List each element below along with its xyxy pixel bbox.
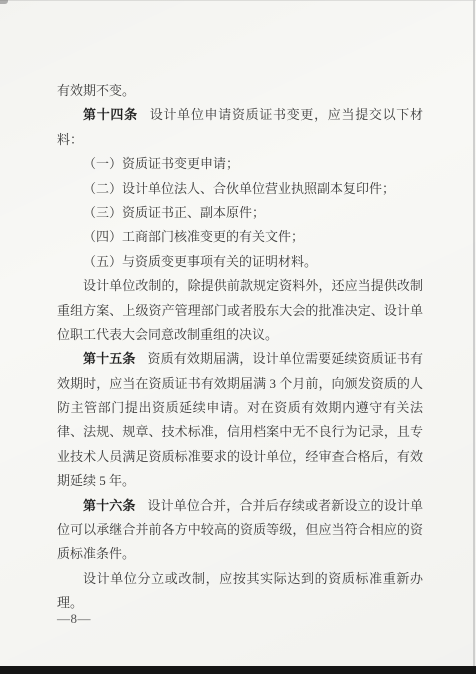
article-number: 第十四条 — [83, 107, 138, 122]
text-line: 第十五条资质有效期届满，设计单位需要延续资质证书有 — [57, 347, 423, 371]
text-line: 第十六条设计单位合并，合并后存续或者新设立的设计单 — [57, 494, 423, 518]
text-line: （四）工商部门核准变更的有关文件； — [57, 225, 423, 249]
line-text: 质标准条件。 — [57, 546, 135, 561]
line-text: 料： — [57, 132, 83, 147]
text-line: （一）资质证书变更申请； — [57, 152, 423, 176]
line-text: 期延续 5 年。 — [57, 473, 135, 488]
line-text: 理。 — [57, 595, 83, 610]
text-line: 有效期不变。 — [57, 79, 423, 103]
line-text: 律、法规、规章、技术标准，信用档案中无不良行为记录，且专 — [57, 424, 423, 439]
line-text: 设计单位分立或改制，应按其实际达到的资质标准重新办 — [83, 571, 423, 586]
text-line: 防主管部门提出资质延续申请。对在资质有效期内遵守有关法 — [57, 396, 423, 420]
text-line: 质标准条件。 — [57, 542, 423, 566]
line-text: （二）设计单位法人、合伙单位营业执照副本复印件； — [83, 181, 395, 196]
line-text: 位职工代表大会同意改制重组的决议。 — [57, 327, 278, 342]
text-line: 设计单位分立或改制，应按其实际达到的资质标准重新办 — [57, 567, 423, 591]
line-text: （五）与资质变更事项有关的证明材料。 — [83, 254, 317, 269]
line-text: 设计单位申请资质证书变更，应当提交以下材 — [150, 107, 423, 122]
line-text: 资质有效期届满，设计单位需要延续资质证书有 — [148, 351, 423, 366]
line-text: 设计单位合并，合并后存续或者新设立的设计单 — [148, 498, 423, 513]
line-text: 重组方案、上级资产管理部门或者股东大会的批准决定、设计单 — [57, 303, 423, 318]
text-line: 位职工代表大会同意改制重组的决议。 — [57, 323, 423, 347]
line-text: 位可以承继合并前各方中较高的资质等级，但应当符合相应的资 — [57, 522, 423, 537]
line-text: （三）资质证书正、副本原件； — [83, 205, 265, 220]
line-text: 业技术人员满足资质标准要求的设计单位，经审查合格后，有效 — [57, 449, 423, 464]
text-line: 料： — [57, 128, 423, 152]
text-line: 业技术人员满足资质标准要求的设计单位，经审查合格后，有效 — [57, 445, 423, 469]
scan-edge-bottom — [0, 666, 476, 674]
text-line: 律、法规、规章、技术标准，信用档案中无不良行为记录，且专 — [57, 420, 423, 444]
text-line: （三）资质证书正、副本原件； — [57, 201, 423, 225]
text-line: 期延续 5 年。 — [57, 469, 423, 493]
line-text: 设计单位改制的，除提供前款规定资料外，还应当提供改制 — [83, 278, 423, 293]
line-text: 有效期不变。 — [57, 83, 135, 98]
text-line: （五）与资质变更事项有关的证明材料。 — [57, 250, 423, 274]
scan-edge-top — [0, 0, 476, 1]
line-text: 效期时，应当在资质证书有效期届满 3 个月前，向颁发资质的人 — [57, 376, 423, 391]
text-line: 重组方案、上级资产管理部门或者股东大会的批准决定、设计单 — [57, 299, 423, 323]
text-line: 位可以承继合并前各方中较高的资质等级，但应当符合相应的资 — [57, 518, 423, 542]
scan-edge-right — [473, 0, 475, 666]
scanned-document-page: { "colors": { "paper": "#f8f8f5", "ink":… — [0, 0, 476, 674]
text-line: 第十四条设计单位申请资质证书变更，应当提交以下材 — [57, 103, 423, 127]
line-text: （一）资质证书变更申请； — [83, 156, 239, 171]
scan-speck-top-left — [0, 0, 8, 4]
article-number: 第十五条 — [83, 351, 136, 366]
text-line: 效期时，应当在资质证书有效期届满 3 个月前，向颁发资质的人 — [57, 372, 423, 396]
text-line: （二）设计单位法人、合伙单位营业执照副本复印件； — [57, 177, 423, 201]
line-text: （四）工商部门核准变更的有关文件； — [83, 229, 304, 244]
article-number: 第十六条 — [83, 498, 136, 513]
text-line: 理。 — [57, 591, 423, 615]
line-text: 防主管部门提出资质延续申请。对在资质有效期内遵守有关法 — [57, 400, 423, 415]
page-number: —8— — [57, 609, 91, 629]
text-line: 设计单位改制的，除提供前款规定资料外，还应当提供改制 — [57, 274, 423, 298]
document-body: 有效期不变。 第十四条设计单位申请资质证书变更，应当提交以下材 料： （一）资质… — [57, 79, 423, 616]
